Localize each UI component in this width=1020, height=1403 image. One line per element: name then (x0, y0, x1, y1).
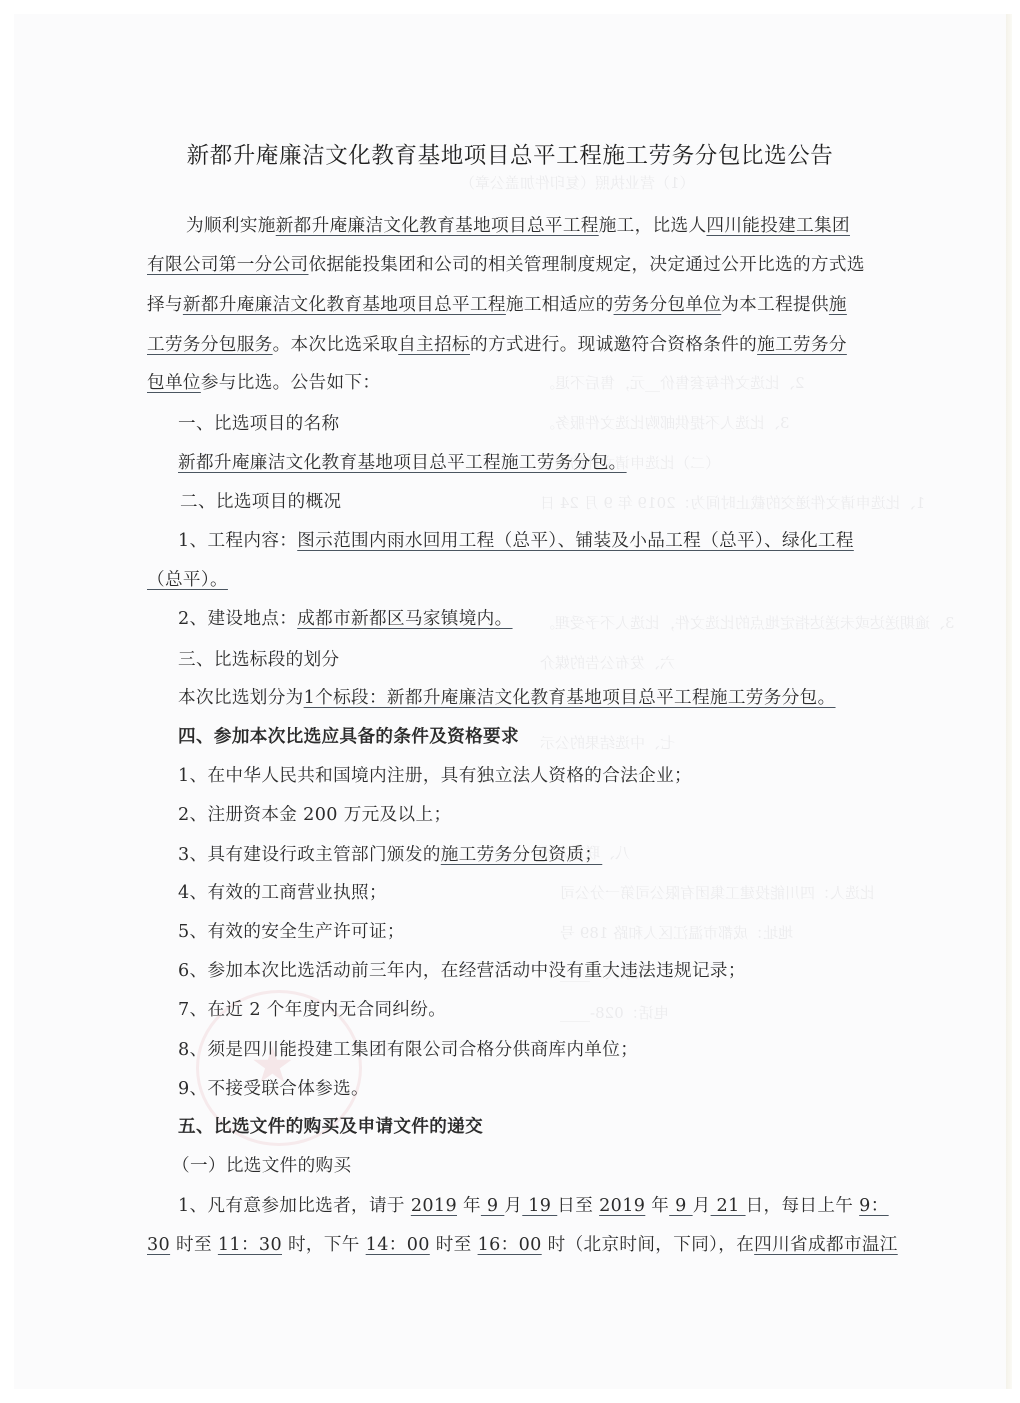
requirement-text: 6、参加本次比选活动前三年内，在经营活动中没有重大违法违规记录； (178, 961, 746, 981)
work-content-line-2: （总平）。 (147, 568, 228, 592)
bleed-through-text: （1）营业执照（复印件加盖公章） (460, 172, 695, 193)
underlined-segment: 有限公司第一分公司 (147, 255, 309, 275)
requirement-item: 7、在近 2 个年度内无合同纠纷。 (178, 998, 446, 1022)
underlined-segment: 施 (829, 295, 847, 315)
lot-division-prefix: 本次比选划分为 (178, 688, 304, 708)
text-segment: 施工相适应的 (506, 295, 614, 315)
underlined-segment: 四川省成都市温江 (754, 1235, 898, 1255)
page-edge (1006, 14, 1012, 1389)
underlined-segment: 16：00 (478, 1235, 542, 1255)
bleed-through-text: 3、比选人不提供邮购比选文件服务。 (540, 412, 790, 433)
requirement-item: 8、须是四川能投建工集团有限公司合格分供商库内单位； (178, 1038, 638, 1062)
underlined-segment: 新都升庵廉洁文化教育基地项目总平工程 (183, 295, 506, 315)
underlined-segment: 自主招标 (398, 335, 470, 355)
text-segment: 日至 (557, 1196, 599, 1216)
underlined-segment: 劳务分包单位 (614, 295, 722, 315)
requirement-item: 9、不接受联合体参选。 (178, 1077, 369, 1101)
underlined-segment: 9 (669, 1196, 692, 1216)
text-segment: 时（北京时间，下同），在 (542, 1235, 754, 1255)
intro-line-3: 择与新都升庵廉洁文化教育基地项目总平工程施工相适应的劳务分包单位为本工程提供施 (147, 293, 847, 317)
requirement-text: 1、在中华人民共和国境内注册，具有独立法人资格的合法企业； (178, 766, 692, 786)
bleed-through-text: 七、中选结果的公示 (540, 732, 675, 753)
intro-line-4: 工劳务分包服务。本次比选采取自主招标的方式进行。现诚邀符合资格条件的施工劳务分 (147, 333, 847, 357)
requirement-text: 2、注册资本金 200 万元及以上； (178, 805, 451, 825)
text-segment: 1、凡有意参加比选者，请于 (178, 1196, 411, 1216)
requirement-item: 3、具有建设行政主管部门颁发的施工劳务分包资质； (178, 843, 602, 867)
bleed-through-text: 地址：成都市温江区人和路 189 号 (560, 922, 793, 943)
section-2-heading: 二、比选项目的概况 (180, 490, 342, 514)
requirement-text: 8、须是四川能投建工集团有限公司合格分供商库内单位； (178, 1040, 638, 1060)
requirement-text: 7、在近 2 个年度内无合同纠纷。 (178, 1000, 446, 1020)
text-segment: 的方式进行。现诚邀符合资格条件的 (470, 335, 757, 355)
construction-site-label: 2、建设地点： (178, 609, 297, 629)
text-segment: 月 (504, 1196, 522, 1216)
underlined-segment: 包单位 (147, 373, 201, 393)
work-content-line-1: 1、工程内容：图示范围内雨水回用工程（总平）、铺装及小品工程（总平）、绿化工程 (178, 529, 854, 553)
construction-site: 2、建设地点：成都市新都区马家镇境内。 (178, 607, 513, 631)
underlined-segment: 19 (522, 1196, 557, 1216)
text-segment: 为顺利实施 (186, 216, 276, 236)
bleed-through-text: 2、比选文件每套售价__元，售后不退。 (540, 372, 805, 393)
underlined-segment: 2019 (599, 1196, 645, 1216)
bleed-through-text: 六、发布公告的媒介 (540, 652, 675, 673)
section-3-heading: 三、比选标段的划分 (178, 648, 340, 672)
bleed-through-text: 电话：028-____ (560, 1002, 669, 1023)
requirement-text: 4、有效的工商营业执照； (178, 883, 387, 903)
requirement-underlined-text: 施工劳务分包资质； (441, 845, 603, 865)
lot-division: 本次比选划分为1个标段：新都升庵廉洁文化教育基地项目总平工程施工劳务分包。 (178, 686, 836, 710)
requirement-text: 3、具有建设行政主管部门颁发的 (178, 845, 441, 865)
text-segment: 择与 (147, 295, 183, 315)
underlined-segment: 2019 (411, 1196, 457, 1216)
intro-line-5: 包单位参与比选。公告如下： (147, 371, 380, 395)
text-segment: 。本次比选采取 (273, 335, 399, 355)
document-title: 新都升庵廉洁文化教育基地项目总平工程施工劳务分包比选公告 (0, 138, 1020, 170)
underlined-segment: 21 (711, 1196, 746, 1216)
requirement-item: 2、注册资本金 200 万元及以上； (178, 803, 451, 827)
requirement-text: 5、有效的安全生产许可证； (178, 922, 405, 942)
underlined-segment: 9： (859, 1196, 889, 1216)
work-content-value: 图示范围内雨水回用工程（总平）、铺装及小品工程（总平）、绿化工程 (297, 531, 854, 551)
underlined-segment: 工劳务分包服务 (147, 335, 273, 355)
requirement-item: 1、在中华人民共和国境内注册，具有独立法人资格的合法企业； (178, 764, 692, 788)
purchase-period-line-2: 30 时至 11：30 时，下午 14：00 时至 16：00 时（北京时间，下… (147, 1233, 898, 1257)
underlined-segment: 30 (147, 1235, 170, 1255)
section-5-heading: 五、比选文件的购买及申请文件的递交 (178, 1115, 483, 1139)
project-name: 新都升庵廉洁文化教育基地项目总平工程施工劳务分包。 (178, 451, 627, 475)
intro-line-2: 有限公司第一分公司依据能投集团和公司的相关管理制度规定，决定通过公开比选的方式选 (147, 253, 865, 277)
section-1-heading: 一、比选项目的名称 (178, 412, 340, 436)
bleed-through-text: 1、比选申请文件递交的截止时间为：2019 年 9 月 24 日 (540, 492, 925, 513)
text-segment: 时，下午 (282, 1235, 366, 1255)
text-segment: 参与比选。公告如下： (201, 373, 380, 393)
requirement-item: 6、参加本次比选活动前三年内，在经营活动中没有重大违法违规记录； (178, 959, 746, 983)
bleed-through-text: 比选人：四川能投建工集团有限公司第一分公司 (560, 882, 875, 903)
underlined-segment: 四川能投建工集团 (706, 216, 850, 236)
work-content-label: 1、工程内容： (178, 531, 297, 551)
text-segment: 时至 (430, 1235, 478, 1255)
underlined-segment: 9 (481, 1196, 504, 1216)
underlined-segment: 11：30 (218, 1235, 282, 1255)
text-segment: 施工，比选人 (599, 216, 707, 236)
section-5-sub-1: （一）比选文件的购买 (172, 1154, 351, 1178)
underlined-segment: 施工劳务分 (757, 335, 847, 355)
text-segment: 年 (457, 1196, 481, 1216)
requirement-item: 5、有效的安全生产许可证； (178, 920, 405, 944)
construction-site-value: 成都市新都区马家镇境内。 (297, 609, 512, 629)
underlined-segment: 新都升庵廉洁文化教育基地项目总平工程 (276, 216, 599, 236)
text-segment: 年 (645, 1196, 669, 1216)
requirement-item: 4、有效的工商营业执照； (178, 881, 387, 905)
intro-line-1: 为顺利实施新都升庵廉洁文化教育基地项目总平工程施工，比选人四川能投建工集团 (186, 214, 850, 238)
underlined-segment: 14：00 (366, 1235, 430, 1255)
section-4-heading: 四、参加本次比选应具备的条件及资格要求 (178, 725, 519, 749)
requirement-text: 9、不接受联合体参选。 (178, 1079, 369, 1099)
text-segment: 依据能投集团和公司的相关管理制度规定，决定通过公开比选的方式选 (309, 255, 865, 275)
lot-division-value: 1个标段：新都升庵廉洁文化教育基地项目总平工程施工劳务分包。 (304, 688, 836, 708)
purchase-period-line-1: 1、凡有意参加比选者，请于 2019 年 9 月 19 日至 2019 年 9 … (178, 1194, 889, 1218)
text-segment: 为本工程提供 (721, 295, 829, 315)
text-segment: 时至 (170, 1235, 218, 1255)
text-segment: 月 (693, 1196, 711, 1216)
bleed-through-text: 3、逾期送达或未送达指定地点的比选文件，比选人不予受理。 (540, 612, 955, 633)
text-segment: 日，每日上午 (746, 1196, 860, 1216)
